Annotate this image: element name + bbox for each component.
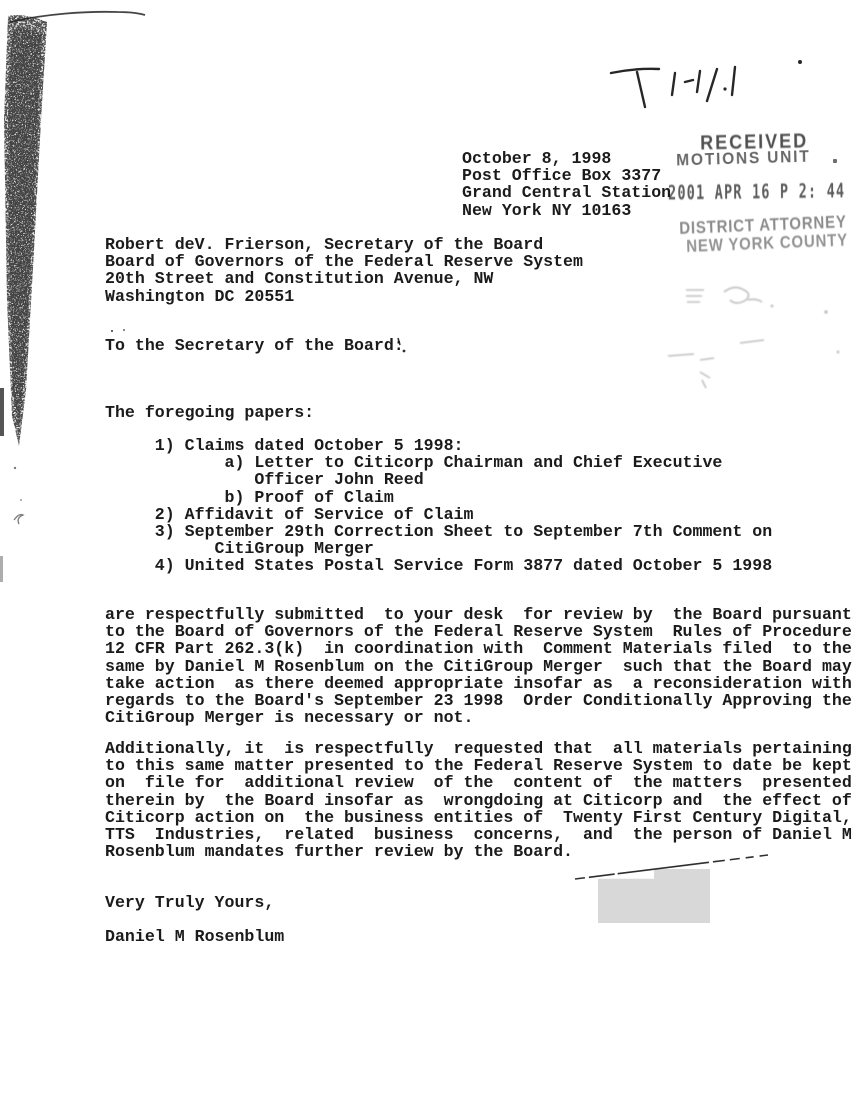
scanned-letter-page: RECEIVED MOTIONS UNIT 2001 APR 16 P 2: 4… <box>0 0 863 1116</box>
scan-gray-box <box>598 869 710 923</box>
stamp-stray-dot <box>833 159 837 163</box>
received-stamp-datetime: 2001 APR 16 P 2: 44 <box>668 180 845 205</box>
handwritten-mark <box>611 60 802 107</box>
enclosure-list: 1) Claims dated October 5 1998: a) Lette… <box>105 437 772 575</box>
recipient-address-block: Robert deV. Frierson, Secretary of the B… <box>105 236 583 305</box>
body-paragraph-1: are respectfully submitted to your desk … <box>105 606 852 726</box>
faint-stamp-smudge <box>668 287 839 388</box>
body-paragraph-2: Additionally, it is respectfully request… <box>105 740 852 860</box>
intro-line: The foregoing papers: <box>105 404 314 421</box>
salutation-line: To the Secretary of the Board: <box>105 337 404 354</box>
received-stamp-unit: MOTIONS UNIT <box>676 147 811 171</box>
signature-name: Daniel M Rosenblum <box>105 928 284 945</box>
sender-address-block: October 8, 1998 Post Office Box 3377 Gra… <box>462 150 671 219</box>
closing-line: Very Truly Yours, <box>105 894 274 911</box>
